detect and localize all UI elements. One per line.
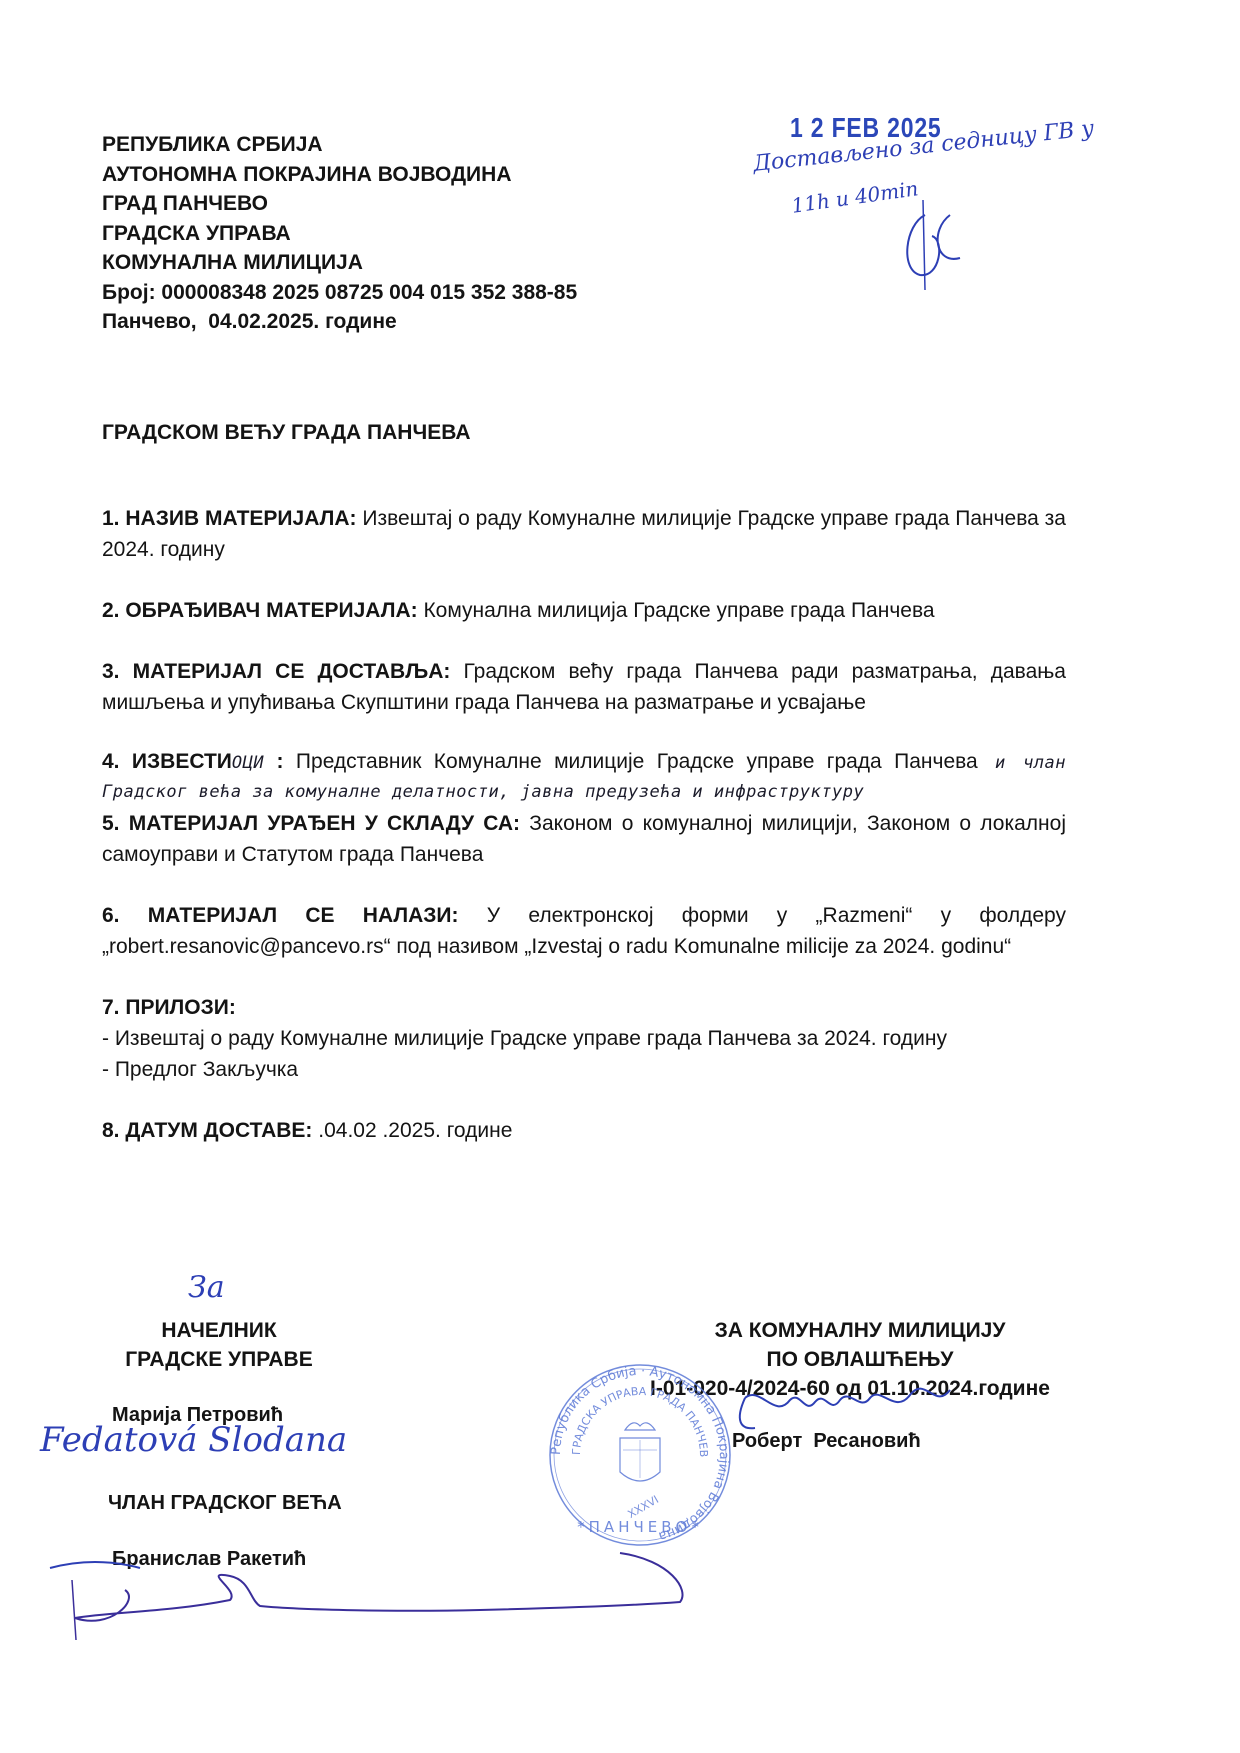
section-delivery-date: 8. ДАТУМ ДОСТАВЕ: .04.02 .2025. године	[102, 1115, 1066, 1146]
svg-text:XXXVI: XXXVI	[626, 1493, 661, 1521]
section-legal-basis: 5. МАТЕРИЈАЛ УРАЂЕН У СКЛАДУ СА: Законом…	[102, 808, 1066, 870]
attachment-item: - Извештај о раду Комуналне милиције Гра…	[102, 1023, 1066, 1054]
handwritten-za: За	[188, 1270, 225, 1305]
title-line: НАЧЕЛНИК	[104, 1316, 334, 1345]
handwritten-label-correction: ОЦИ	[232, 753, 264, 773]
council-member-title: ЧЛАН ГРАДСКОГ ВЕЋА	[108, 1492, 342, 1515]
addressee: ГРАДСКОМ ВЕЋУ ГРАДА ПАНЧЕВА	[102, 421, 471, 445]
header-line-department: КОМУНАЛНА МИЛИЦИЈА	[102, 248, 577, 278]
section-material-delivered: 3. МАТЕРИЈАЛ СЕ ДОСТАВЉА: Градском већу …	[102, 656, 1066, 718]
header-line-city: ГРАД ПАНЧЕВО	[102, 189, 577, 219]
section-label: 7. ПРИЛОЗИ:	[102, 996, 236, 1019]
signature-left: Fedatová Slodana	[40, 1420, 347, 1460]
section-label: 3. МАТЕРИЈАЛ СЕ ДОСТАВЉА:	[102, 660, 450, 683]
place-date: Панчево, 04.02.2025. године	[102, 307, 577, 337]
section-label: 4. ИЗВЕСТИ	[102, 750, 232, 773]
title-line: ГРАДСКЕ УПРАВЕ	[104, 1345, 334, 1374]
council-member-name: Бранислав Ракетић	[112, 1548, 306, 1571]
section-label: 8. ДАТУМ ДОСТАВЕ:	[102, 1119, 312, 1142]
section-attachments: 7. ПРИЛОЗИ: - Извештај о раду Комуналне …	[102, 992, 1066, 1085]
title-line: ЗА КОМУНАЛНУ МИЛИЦИЈУ	[640, 1316, 1080, 1345]
communal-police-signatory-name: Роберт Ресановић	[732, 1430, 921, 1453]
section-text: Представник Комуналне милиције Градске у…	[284, 750, 978, 773]
section-reporters: 4. ИЗВЕСТИОЦИ : Представник Комуналне ми…	[102, 748, 1066, 806]
section-label: 2. ОБРАЂИВАЧ МАТЕРИЈАЛА:	[102, 599, 418, 622]
attachment-item: - Предлог Закључка	[102, 1054, 1066, 1085]
official-seal-icon: Република Србија · Аутономна Покрајина В…	[545, 1360, 735, 1550]
document-body: 1. НАЗИВ МАТЕРИЈАЛА: Извештај о раду Ком…	[102, 503, 1066, 1146]
document-number-label: Број:	[102, 281, 156, 304]
svg-text:*ПАНЧЕВО*: *ПАНЧЕВО*	[577, 1518, 703, 1536]
section-material-name: 1. НАЗИВ МАТЕРИЈАЛА: Извештај о раду Ком…	[102, 503, 1066, 565]
section-text: Комунална милиција Градске управе града …	[418, 599, 935, 622]
header-line-province: АУТОНОМНА ПОКРАЈИНА ВОЈВОДИНА	[102, 160, 577, 190]
section-label: 6. МАТЕРИЈАЛ СЕ НАЛАЗИ:	[102, 904, 459, 927]
document-number: Број: 000008348 2025 08725 004 015 352 3…	[102, 278, 577, 308]
section-material-author: 2. ОБРАЂИВАЧ МАТЕРИЈАЛА: Комунална милиц…	[102, 595, 1066, 626]
sender-header: РЕПУБЛИКА СРБИЈА АУТОНОМНА ПОКРАЈИНА ВОЈ…	[102, 130, 577, 337]
header-line-administration: ГРАДСКА УПРАВА	[102, 219, 577, 249]
section-label: 1. НАЗИВ МАТЕРИЈАЛА:	[102, 507, 357, 530]
section-label-suffix: :	[264, 750, 283, 773]
section-material-location: 6. МАТЕРИЈАЛ СЕ НАЛАЗИ: У електронској ф…	[102, 900, 1066, 962]
section-label: 5. МАТЕРИЈАЛ УРАЂЕН У СКЛАДУ СА:	[102, 812, 520, 835]
handwritten-receipt-time: 11h и 40min	[790, 176, 920, 218]
document-number-value: 000008348 2025 08725 004 015 352 388-85	[161, 281, 577, 304]
head-of-administration-title: НАЧЕЛНИК ГРАДСКЕ УПРАВЕ	[104, 1316, 334, 1374]
header-line-country: РЕПУБЛИКА СРБИЈА	[102, 130, 577, 160]
section-text: .04.02 .2025. године	[312, 1119, 512, 1142]
